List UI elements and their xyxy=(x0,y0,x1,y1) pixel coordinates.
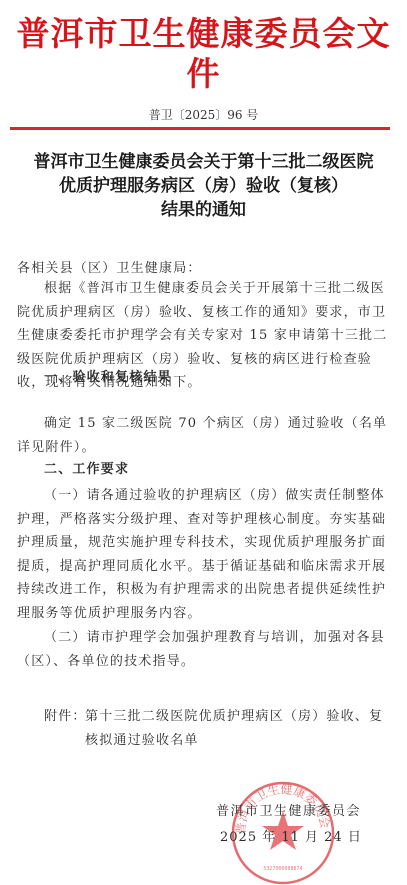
signature-date: 2025 年 11 月 24 日 xyxy=(220,826,362,845)
document-masthead: 普洱市卫生健康委员会文件 xyxy=(0,14,407,94)
title-line-2: 优质护理服务病区（房）验收（复核） xyxy=(0,174,407,198)
svg-text:5327000088874: 5327000088874 xyxy=(263,866,302,872)
title-line-3: 结果的通知 xyxy=(0,198,407,222)
red-divider-rule xyxy=(10,127,390,130)
document-title: 普洱市卫生健康委员会关于第十三批二级医院 优质护理服务病区（房）验收（复核） 结… xyxy=(0,150,407,222)
section-2-item-1: （一）请各通过验收的护理病区（房）做实责任制整体护理，严格落实分级护理、查对等护… xyxy=(17,484,392,625)
title-line-1: 普洱市卫生健康委员会关于第十三批二级医院 xyxy=(0,150,407,174)
section-heading-1: 一、验收和复核结果 xyxy=(44,366,172,390)
section-1-text: 确定 15 家二级医院 70 个病区（房）通过验收（名单详见附件）。 xyxy=(17,412,392,459)
section-2-item-2: （二）请市护理学会加强护理教育与培训，加强对各县（区）、各单位的技术指导。 xyxy=(17,626,392,673)
section-heading-2: 二、工作要求 xyxy=(44,458,129,482)
document-number: 普卫〔2025〕96 号 xyxy=(0,106,407,123)
signature-organization: 普洱市卫生健康委员会 xyxy=(216,800,361,819)
attachment-label: 附件： xyxy=(44,705,87,729)
attachment-link[interactable]: 第十三批二级医院优质护理病区（房）验收、复核拟通过验收名单 xyxy=(85,705,395,752)
